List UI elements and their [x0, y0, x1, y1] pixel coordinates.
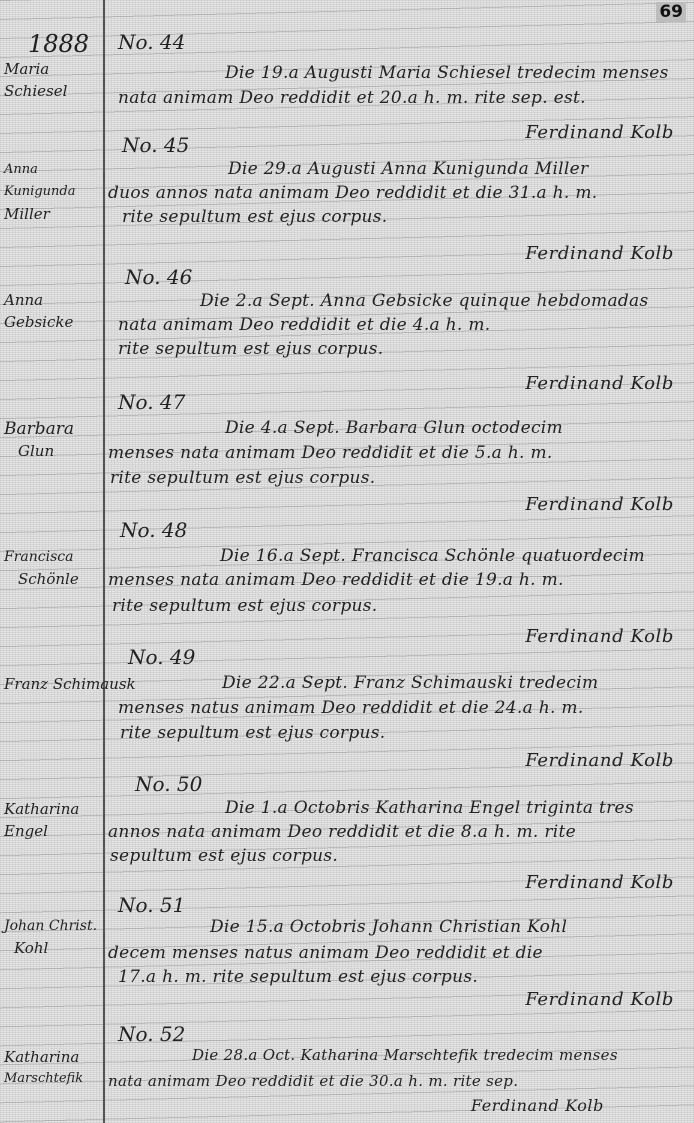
year-heading: 1888: [28, 30, 89, 58]
entry-line: nata animam Deo reddidit et die 30.a h. …: [108, 1072, 518, 1090]
signature: Ferdinand Kolb: [471, 1096, 604, 1115]
entry-line: rite sepultum est ejus corpus.: [122, 207, 388, 227]
entry-number: No. 47: [118, 390, 185, 414]
entry-line: rite sepultum est ejus corpus.: [112, 596, 378, 616]
entry-line: menses natus animam Deo reddidit et die …: [118, 698, 584, 718]
signature: Ferdinand Kolb: [525, 373, 674, 394]
signature: Ferdinand Kolb: [525, 122, 674, 143]
margin-rule: [103, 0, 105, 1123]
signature: Ferdinand Kolb: [525, 494, 674, 515]
entry-line: Die 22.a Sept. Franz Schimauski tredecim: [222, 673, 598, 693]
margin-name: Johan Christ. Kohl: [4, 915, 102, 959]
entry-number: No. 48: [120, 518, 187, 542]
entry-line: Die 29.a Augusti Anna Kunigunda Miller: [228, 159, 588, 179]
entry-line: Die 19.a Augusti Maria Schiesel tredecim…: [225, 63, 669, 83]
entry-line: nata animam Deo reddidit et die 4.a h. m…: [118, 315, 490, 335]
entry-line: Die 4.a Sept. Barbara Glun octodecim: [225, 418, 563, 438]
entry-line: annos nata animam Deo reddidit et die 8.…: [108, 822, 576, 842]
signature: Ferdinand Kolb: [525, 750, 674, 771]
margin-name: Barbara Glun: [4, 418, 102, 462]
entry-line: Die 28.a Oct. Katharina Marschtefik tred…: [192, 1046, 618, 1064]
entry-number: No. 51: [118, 893, 185, 917]
entry-line: Die 1.a Octobris Katharina Engel trigint…: [225, 798, 634, 818]
signature: Ferdinand Kolb: [525, 872, 674, 893]
entry-line: Die 2.a Sept. Anna Gebsicke quinque hebd…: [200, 291, 649, 311]
margin-name: Anna Gebsicke: [4, 289, 102, 333]
entry-number: No. 46: [125, 265, 192, 289]
margin-name: Franz Schimausk: [4, 673, 184, 695]
entry-line: Die 15.a Octobris Johann Christian Kohl: [210, 917, 567, 937]
margin-name: Maria Schiesel: [4, 58, 102, 102]
signature: Ferdinand Kolb: [525, 243, 674, 264]
entry-line: duos annos nata animam Deo reddidit et d…: [108, 183, 597, 203]
entry-line: sepultum est ejus corpus.: [110, 846, 338, 866]
entry-line: 17.a h. m. rite sepultum est ejus corpus…: [118, 967, 478, 987]
entry-number: No. 45: [122, 133, 189, 157]
entry-line: rite sepultum est ejus corpus.: [120, 723, 386, 743]
entry-line: nata animam Deo reddidit et 20.a h. m. r…: [118, 88, 586, 108]
signature: Ferdinand Kolb: [525, 626, 674, 647]
margin-name: Katharina Marschtefik: [4, 1046, 102, 1090]
entry-line: rite sepultum est ejus corpus.: [110, 468, 376, 488]
entry-number: No. 49: [128, 645, 195, 669]
entry-number: No. 44: [118, 30, 185, 54]
signature: Ferdinand Kolb: [525, 989, 674, 1010]
page-number: 69: [656, 2, 686, 22]
entry-number: No. 52: [118, 1022, 185, 1046]
margin-name: Katharina Engel: [4, 798, 102, 842]
register-page: 69 1888 No. 44 Maria Schiesel Die 19.a A…: [0, 0, 694, 1123]
entry-line: menses nata animam Deo reddidit et die 1…: [108, 570, 564, 590]
entry-line: Die 16.a Sept. Francisca Schönle quatuor…: [220, 546, 645, 566]
margin-name: Anna Kunigunda Miller: [4, 159, 102, 225]
entry-line: decem menses natus animam Deo reddidit e…: [108, 943, 543, 963]
entry-line: menses nata animam Deo reddidit et die 5…: [108, 443, 553, 463]
entry-number: No. 50: [135, 772, 202, 796]
entry-line: rite sepultum est ejus corpus.: [118, 339, 384, 359]
margin-name: Francisca Schönle: [4, 546, 102, 590]
